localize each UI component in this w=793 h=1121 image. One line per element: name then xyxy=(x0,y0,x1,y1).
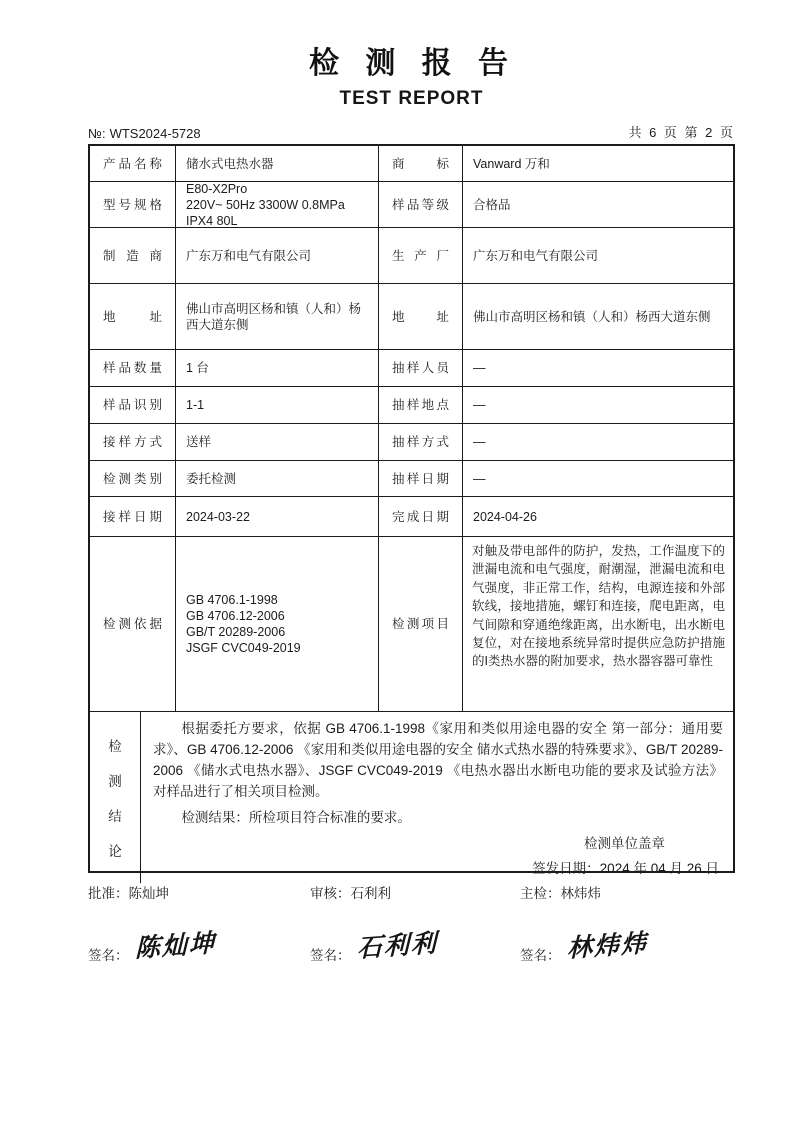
field-value: 对触及带电部件的防护，发热，工作温度下的泄漏电流和电气强度，耐潮湿，泄漏电流和电… xyxy=(462,537,733,711)
report-info-table: 产品名称 储水式电热水器 商标 Vanward 万和 型号规格 E80-X2Pr… xyxy=(88,144,735,873)
approver-name: 林炜炜 xyxy=(561,886,602,901)
report-title-cn: 检 测 报 告 xyxy=(88,38,735,82)
field-value: — xyxy=(462,387,733,423)
conclusion-label-char: 论 xyxy=(108,840,122,860)
report-page: 检 测 报 告 TEST REPORT №:WTS2024-5728 共 6 页… xyxy=(0,0,793,1121)
field-value: — xyxy=(462,350,733,386)
table-row: 接样日期 2024-03-22 完成日期 2024-04-26 xyxy=(90,496,733,536)
table-row: 产品名称 储水式电热水器 商标 Vanward 万和 xyxy=(90,146,733,181)
conclusion-label: 检 测 结 论 xyxy=(90,712,140,883)
approver-line: 批准：陈灿坤 xyxy=(88,882,310,902)
field-value: 1-1 xyxy=(175,387,378,423)
approval-footer: 批准：陈灿坤 签名： 陈灿坤 审核：石利利 签名： 石利利 主检：林炜炜 xyxy=(88,882,735,968)
meta-row: №:WTS2024-5728 共 6 页 第 2 页 xyxy=(88,122,735,144)
table-row: 检测依据 GB 4706.1-1998 GB 4706.12-2006 GB/T… xyxy=(90,536,733,711)
field-label: 抽样人员 xyxy=(378,350,462,386)
field-value: 佛山市高明区杨和镇（人和）杨西大道东侧 xyxy=(462,284,733,349)
field-label: 样品识别 xyxy=(90,387,175,423)
field-value: 广东万和电气有限公司 xyxy=(175,228,378,283)
field-label: 生产厂 xyxy=(378,228,462,283)
table-row: 型号规格 E80-X2Pro 220V~ 50Hz 3300W 0.8MPa I… xyxy=(90,181,733,227)
field-label: 抽样日期 xyxy=(378,461,462,496)
field-label: 商标 xyxy=(378,146,462,181)
approver-name: 石利利 xyxy=(351,886,392,901)
approval-block: 主检：林炜炜 签名： 林炜炜 xyxy=(520,882,735,968)
field-value: 2024-04-26 xyxy=(462,497,733,536)
field-label: 抽样方式 xyxy=(378,424,462,460)
signature-line: 签名： 石利利 xyxy=(310,916,520,968)
field-value: 储水式电热水器 xyxy=(175,146,378,181)
signature-line: 签名： 陈灿坤 xyxy=(88,916,310,968)
handwritten-signature: 林炜炜 xyxy=(567,923,648,965)
conclusion-label-char: 结 xyxy=(108,805,122,825)
approver-role: 批准： xyxy=(88,886,129,901)
approver-role: 审核： xyxy=(310,886,351,901)
approver-role: 主检： xyxy=(520,886,561,901)
field-value: — xyxy=(462,424,733,460)
approver-line: 审核：石利利 xyxy=(310,882,520,902)
report-number-value: WTS2024-5728 xyxy=(110,126,201,141)
approval-block: 批准：陈灿坤 签名： 陈灿坤 xyxy=(88,882,310,968)
field-value: 佛山市高明区杨和镇（人和）杨西大道东侧 xyxy=(175,284,378,349)
field-label: 检测类别 xyxy=(90,461,175,496)
field-value: E80-X2Pro 220V~ 50Hz 3300W 0.8MPa IPX4 8… xyxy=(175,182,378,227)
table-row: 接样方式 送样 抽样方式 — xyxy=(90,423,733,460)
table-row: 制造商 广东万和电气有限公司 生产厂 广东万和电气有限公司 xyxy=(90,227,733,283)
field-value: 合格品 xyxy=(462,182,733,227)
signature-label: 签名： xyxy=(310,944,351,968)
field-value: 广东万和电气有限公司 xyxy=(462,228,733,283)
field-label: 完成日期 xyxy=(378,497,462,536)
report-number: №:WTS2024-5728 xyxy=(88,126,201,141)
field-label: 地址 xyxy=(90,284,175,349)
field-value: 委托检测 xyxy=(175,461,378,496)
stamp-line: 检测单位盖章 xyxy=(153,833,723,854)
signature-label: 签名： xyxy=(88,944,129,968)
field-value: 1 台 xyxy=(175,350,378,386)
field-value: — xyxy=(462,461,733,496)
field-value: 2024-03-22 xyxy=(175,497,378,536)
field-label: 型号规格 xyxy=(90,182,175,227)
approval-block: 审核：石利利 签名： 石利利 xyxy=(310,882,520,968)
field-label: 检测依据 xyxy=(90,537,175,711)
handwritten-signature: 陈灿坤 xyxy=(135,923,216,965)
conclusion-label-char: 测 xyxy=(108,770,122,790)
handwritten-signature: 石利利 xyxy=(357,923,438,965)
field-value: GB 4706.1-1998 GB 4706.12-2006 GB/T 2028… xyxy=(175,537,378,711)
field-label: 样品等级 xyxy=(378,182,462,227)
report-title-en: TEST REPORT xyxy=(88,88,735,110)
table-row: 样品识别 1-1 抽样地点 — xyxy=(90,386,733,423)
signature-line: 签名： 林炜炜 xyxy=(520,916,735,968)
field-label: 检测项目 xyxy=(378,537,462,711)
conclusion-label-char: 检 xyxy=(108,735,122,755)
conclusion-result: 检测结果：所检项目符合标准的要求。 xyxy=(153,807,723,828)
field-label: 抽样地点 xyxy=(378,387,462,423)
table-row: 检测类别 委托检测 抽样日期 — xyxy=(90,460,733,496)
conclusion-row: 检 测 结 论 根据委托方要求，依据 GB 4706.1-1998《家用和类似用… xyxy=(90,711,733,871)
field-label: 地址 xyxy=(378,284,462,349)
page-info: 共 6 页 第 2 页 xyxy=(628,122,735,141)
field-label: 接样方式 xyxy=(90,424,175,460)
conclusion-paragraph: 根据委托方要求，依据 GB 4706.1-1998《家用和类似用途电器的安全 第… xyxy=(153,718,723,802)
field-label: 制造商 xyxy=(90,228,175,283)
table-row: 地址 佛山市高明区杨和镇（人和）杨西大道东侧 地址 佛山市高明区杨和镇（人和）杨… xyxy=(90,283,733,349)
field-value: Vanward 万和 xyxy=(462,146,733,181)
field-value: 送样 xyxy=(175,424,378,460)
approver-line: 主检：林炜炜 xyxy=(520,882,735,902)
conclusion-body: 根据委托方要求，依据 GB 4706.1-1998《家用和类似用途电器的安全 第… xyxy=(140,712,733,883)
approver-name: 陈灿坤 xyxy=(129,886,170,901)
field-label: 样品数量 xyxy=(90,350,175,386)
issue-date-line: 签发日期：2024 年 04 月 26 日 xyxy=(153,858,723,879)
report-number-label: №: xyxy=(88,126,106,141)
field-label: 接样日期 xyxy=(90,497,175,536)
signature-label: 签名： xyxy=(520,944,561,968)
field-label: 产品名称 xyxy=(90,146,175,181)
table-row: 样品数量 1 台 抽样人员 — xyxy=(90,349,733,386)
